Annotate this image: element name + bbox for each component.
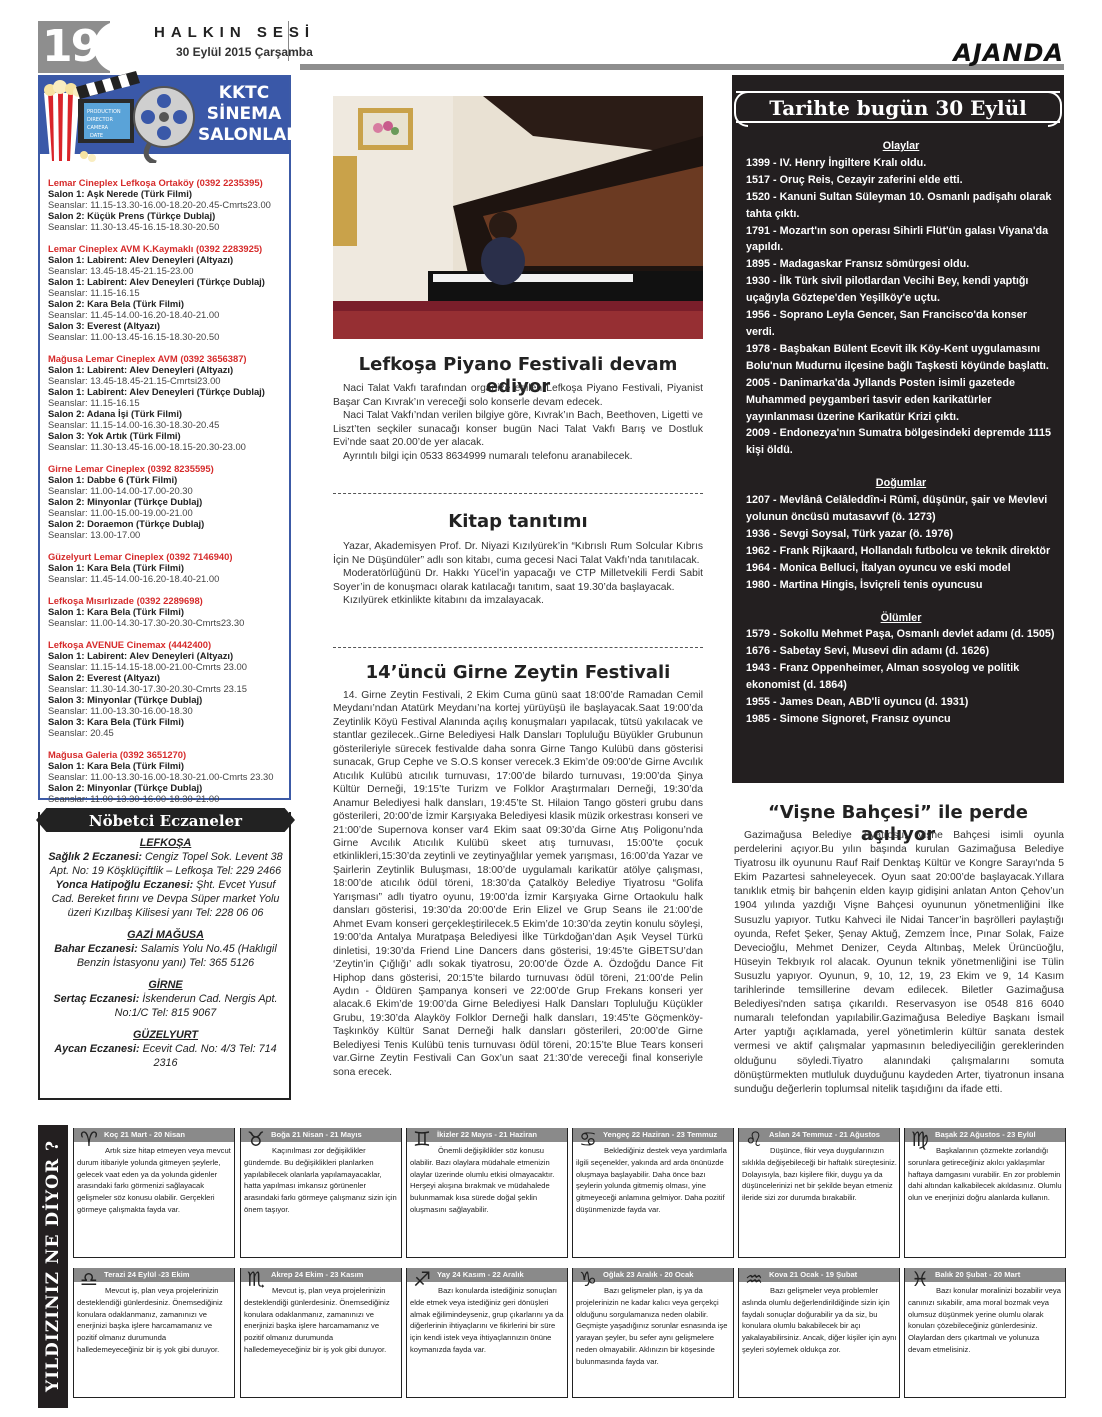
- venue-name: Mağusa Lemar Cineplex AVM (0392 3656387): [48, 353, 288, 364]
- showtimes: Seanslar: 11.30-14.30-17.30-20.30-Cmrts …: [48, 683, 288, 694]
- horoscope-card-virgo: Başak 22 Ağustos - 23 Eylül♍Başkalarının…: [904, 1128, 1066, 1258]
- history-item: 2005 - Danimarka'da Jyllands Posten isim…: [746, 375, 1056, 426]
- popcorn-film-reel-icon: PRODUCTION DIRECTOR CAMERA DATE: [40, 63, 200, 163]
- salon-title: Salon 2: Minyonlar (Türkçe Dublaj): [48, 782, 288, 793]
- cinema-venue: Lefkoşa Mısırlızade (0392 2289698)Salon …: [48, 595, 288, 628]
- salon-title: Salon 2: Minyonlar (Türkçe Dublaj): [48, 496, 288, 507]
- history-item: 1930 - İlk Türk sivil pilotlardan Vecihi…: [746, 273, 1056, 307]
- svg-text:CAMERA: CAMERA: [87, 125, 109, 131]
- article-title-book: Kitap tanıtımı: [333, 511, 703, 533]
- horoscope-text: Artık size hitap etmeyen veya mevcut dur…: [77, 1145, 233, 1216]
- pharmacy-name: Aycan Eczanesi:: [54, 1043, 139, 1055]
- horoscope-title: YILDIZINIZ NE DİYOR ?: [43, 1140, 63, 1392]
- salon-title: Salon 2: Doraemon (Türkçe Dublaj): [48, 518, 288, 529]
- issue-date: 30 Eylül 2015 Çarşamba: [176, 45, 313, 59]
- horoscope-text: Bazı gelişmeler veya problemler aslında …: [742, 1285, 898, 1356]
- horoscope-side-banner: YILDIZINIZ NE DİYOR ?: [38, 1125, 68, 1408]
- venue-name: Lefkoşa Mısırlızade (0392 2289698): [48, 595, 288, 606]
- horoscope-text: Mevcut iş, plan veya projelerinizin dest…: [77, 1285, 233, 1356]
- horoscope-card-capricorn: Oğlak 23 Aralık - 20 Ocak♑Bazı gelişmele…: [572, 1268, 734, 1398]
- cinema-venue: Lemar Cineplex AVM K.Kaymaklı (0392 2283…: [48, 243, 288, 342]
- salon-title: Salon 1: Labirent: Alev Deneyleri (Altya…: [48, 254, 288, 265]
- showtimes: Seanslar: 11.15-13.30-16.00-18.20-20.45-…: [48, 199, 288, 210]
- article-body-theatre: Gazimağusa Belediye Tiyatrosu, Vişne Bah…: [734, 829, 1064, 1097]
- pharmacy-address: Ecevit Cad. No: 4/3 Tel: 714 2316: [140, 1043, 277, 1069]
- header-rule: [300, 64, 1064, 70]
- history-item: 1791 - Mozart'ın son operası Sihirli Flü…: [746, 223, 1056, 257]
- salon-title: Salon 3: Everest (Altyazı): [48, 320, 288, 331]
- history-item: 1956 - Soprano Leyla Gencer, San Francis…: [746, 307, 1056, 341]
- pharmacy-city: LEFKOŞA: [44, 836, 287, 850]
- salon-title: Salon 1: Labirent: Alev Deneyleri (Altya…: [48, 650, 288, 661]
- history-banner: Tarihte bugün 30 Eylül: [736, 91, 1060, 123]
- article-body-olive: 14. Girne Zeytin Festivali, 2 Ekim Cuma …: [333, 689, 703, 1079]
- cinema-venue: Mağusa Lemar Cineplex AVM (0392 3656387)…: [48, 353, 288, 452]
- newspaper-name: HALKIN SESİ: [154, 24, 315, 42]
- history-section-heading: Ölümler: [746, 610, 1056, 627]
- showtimes: Seanslar: 13.00-17.00: [48, 529, 288, 540]
- pharmacy-name: Bahar Eczanesi:: [54, 943, 137, 955]
- pharmacy-title: Nöbetci Eczaneler: [40, 809, 291, 833]
- showtimes: Seanslar: 11.30-13.45-16.15-18.30-20.50: [48, 221, 288, 232]
- history-item: 1978 - Başbakan Bülent Ecevit ilk Köy-Ke…: [746, 341, 1056, 375]
- horoscope-card-cancer: Yengeç 22 Haziran - 23 Temmuz♋Beklediğin…: [572, 1128, 734, 1258]
- horoscope-card-gemini: İkizler 22 Mayıs - 21 Haziran♊Önemli değ…: [406, 1128, 568, 1258]
- salon-title: Salon 3: Yok Artık (Türk Filmi): [48, 430, 288, 441]
- showtimes: Seanslar: 13.45-18.45-21.15-23.00: [48, 265, 288, 276]
- history-section-heading: Doğumlar: [746, 475, 1056, 492]
- showtimes: Seanslar: 11.00-14.00-17.00-20.30: [48, 485, 288, 496]
- horoscope-text: Bazı konular moralinizi bozabilir veya c…: [908, 1285, 1064, 1356]
- venue-name: Lemar Cineplex AVM K.Kaymaklı (0392 2283…: [48, 243, 288, 254]
- cinema-venue: Lefkoşa AVENUE Cinemax (4442400)Salon 1:…: [48, 639, 288, 738]
- horoscope-text: Başkalarının çözmekte zorlandığı sorunla…: [908, 1145, 1064, 1204]
- showtimes: Seanslar: 11.15-16.15: [48, 287, 288, 298]
- salon-title: Salon 2: Adana İşi (Türk Filmi): [48, 408, 288, 419]
- dashed-divider: [333, 647, 703, 648]
- horoscope-text: Düşünce, fikir veya duygularınızın sıklı…: [742, 1145, 898, 1204]
- article-body-piano: Naci Talat Vakfı tarafından organize edi…: [333, 382, 703, 463]
- horoscope-card-aries: Koç 21 Mart - 20 Nisan♈Artık size hitap …: [73, 1128, 235, 1258]
- pharmacy-entry: Yonca Hatipoğlu Eczanesi: Şht. Evcet Yus…: [44, 878, 287, 920]
- pharmacy-entry: Bahar Eczanesi: Salamis Yolu No.45 (Hakl…: [44, 942, 287, 970]
- history-item: 1964 - Monica Belluci, İtalyan oyuncu ve…: [746, 560, 1056, 577]
- piano-photo-image: [333, 96, 703, 339]
- showtimes: Seanslar: 11.00-13.30-16.00-18.30: [48, 705, 288, 716]
- showtimes: Seanslar: 11.15-16.15: [48, 397, 288, 408]
- history-list: Olaylar1399 - IV. Henry İngiltere Kralı …: [746, 138, 1056, 728]
- history-item: 1936 - Sevgi Soysal, Türk yazar (ö. 1976…: [746, 526, 1056, 543]
- article-body-book: Yazar, Akademisyen Prof. Dr. Niyazi Kızı…: [333, 540, 703, 608]
- cinema-venue: Girne Lemar Cineplex (0392 8235595)Salon…: [48, 463, 288, 540]
- venue-name: Güzelyurt Lemar Cineplex (0392 7146940): [48, 551, 288, 562]
- salon-title: Salon 3: Minyonlar (Türkçe Dublaj): [48, 694, 288, 705]
- salon-title: Salon 2: Küçük Prens (Türkçe Dublaj): [48, 210, 288, 221]
- pharmacy-list: LEFKOŞASağlık 2 Eczanesi: Cengiz Topel S…: [44, 836, 287, 1070]
- horoscope-text: Beklediğiniz destek veya yardımlarla ilg…: [576, 1145, 732, 1216]
- salon-title: Salon 2: Kara Bela (Türk Filmi): [48, 298, 288, 309]
- cinema-heading: KKTC SİNEMA SALONLARI: [198, 83, 290, 146]
- history-item: 1895 - Madagaskar Fransız sömürgesi oldu…: [746, 256, 1056, 273]
- history-item: 1980 - Martina Hingis, İsviçreli tenis o…: [746, 577, 1056, 594]
- history-section-heading: Olaylar: [746, 138, 1056, 155]
- pharmacy-name: Sertaç Eczanesi:: [53, 993, 139, 1005]
- horoscope-text: Bazı konularda istediğiniz sonuçları eld…: [410, 1285, 566, 1356]
- showtimes: Seanslar: 11.00-15.00-19.00-21.00: [48, 507, 288, 518]
- venue-name: Girne Lemar Cineplex (0392 8235595): [48, 463, 288, 474]
- cinema-venue-list: Lemar Cineplex Lefkoşa Ortaköy (0392 223…: [48, 177, 288, 815]
- pianist-photo: [333, 96, 703, 339]
- salon-title: Salon 1: Dabbe 6 (Türk Filmi): [48, 474, 288, 485]
- section-title: AJANDA: [953, 40, 1064, 66]
- history-title: Tarihte bugün 30 Eylül: [736, 96, 1060, 120]
- article-title-olive: 14’üncü Girne Zeytin Festivali: [333, 662, 703, 684]
- horoscope-text: Kaçınılması zor değişiklikler gündemde. …: [244, 1145, 400, 1216]
- pharmacy-name: Yonca Hatipoğlu Eczanesi:: [56, 879, 194, 891]
- history-item: 1579 - Sokollu Mehmet Paşa, Osmanlı devl…: [746, 626, 1056, 643]
- horoscope-card-sagittarius: Yay 24 Kasım - 22 Aralık♐Bazı konularda …: [406, 1268, 568, 1398]
- cinema-listings: PRODUCTION DIRECTOR CAMERA DATE KKTC SİN…: [38, 75, 291, 800]
- cinema-venue: Lemar Cineplex Lefkoşa Ortaköy (0392 223…: [48, 177, 288, 232]
- showtimes: Seanslar: 11.45-14.00-16.20-18.40-21.00: [48, 573, 288, 584]
- pharmacy-address: İskenderun Cad. Nergis Apt. No:1/C Tel: …: [115, 993, 278, 1019]
- svg-text:PRODUCTION: PRODUCTION: [87, 109, 121, 115]
- pharmacy-entry: Sağlık 2 Eczanesi: Cengiz Topel Sok. Lev…: [44, 850, 287, 878]
- pharmacy-entry: Sertaç Eczanesi: İskenderun Cad. Nergis …: [44, 992, 287, 1020]
- pharmacy-box: Nöbetci Eczaneler LEFKOŞASağlık 2 Eczane…: [38, 812, 291, 1100]
- cinema-venue: Mağusa Galeria (0392 3651270)Salon 1: Ka…: [48, 749, 288, 804]
- history-item: 1962 - Frank Rijkaard, Hollandalı futbol…: [746, 543, 1056, 560]
- svg-text:DIRECTOR: DIRECTOR: [87, 117, 113, 123]
- history-item: 2009 - Endonezya'nın Sumatra bölgesindek…: [746, 425, 1056, 459]
- showtimes: Seanslar: 11.00-13.30-16.00-18.30-21.00-…: [48, 771, 288, 782]
- pharmacy-name: Sağlık 2 Eczanesi:: [48, 851, 142, 863]
- salon-title: Salon 1: Labirent: Alev Deneyleri (Türkç…: [48, 276, 288, 287]
- venue-name: Lefkoşa AVENUE Cinemax (4442400): [48, 639, 288, 650]
- salon-title: Salon 1: Kara Bela (Türk Filmi): [48, 760, 288, 771]
- pharmacy-entry: Aycan Eczanesi: Ecevit Cad. No: 4/3 Tel:…: [44, 1042, 287, 1070]
- horoscope-card-aquarius: Kova 21 Ocak - 19 Şubat♒Bazı gelişmeler …: [738, 1268, 900, 1398]
- venue-name: Lemar Cineplex Lefkoşa Ortaköy (0392 223…: [48, 177, 288, 188]
- showtimes: Seanslar: 11.00-14.30-17.30-20.30-Cmrts2…: [48, 617, 288, 628]
- history-item: 1943 - Franz Oppenheimer, Alman sosyolog…: [746, 660, 1056, 694]
- salon-title: Salon 1: Kara Bela (Türk Filmi): [48, 562, 288, 573]
- salon-title: Salon 3: Kara Bela (Türk Filmi): [48, 716, 288, 727]
- pharmacy-city: GAZİ MAĞUSA: [44, 928, 287, 942]
- horoscope-text: Önemli değişiklikler söz konusu olabilir…: [410, 1145, 566, 1216]
- showtimes: Seanslar: 11.45-14.00-16.20-18.40-21.00: [48, 309, 288, 320]
- salon-title: Salon 1: Kara Bela (Türk Filmi): [48, 606, 288, 617]
- horoscope-card-leo: Aslan 24 Temmuz - 21 Ağustos♌Düşünce, fi…: [738, 1128, 900, 1258]
- horoscope-card-scorpio: Akrep 24 Ekim - 23 Kasım♏Mevcut iş, plan…: [240, 1268, 402, 1398]
- history-item: 1520 - Kanuni Sultan Süleyman 10. Osmanl…: [746, 189, 1056, 223]
- salon-title: Salon 2: Everest (Altyazı): [48, 672, 288, 683]
- horoscope-text: Mevcut iş, plan veya projelerinizin dest…: [244, 1285, 400, 1356]
- pharmacy-city: GİRNE: [44, 978, 287, 992]
- history-item: 1399 - IV. Henry İngiltere Kralı oldu.: [746, 155, 1056, 172]
- showtimes: Seanslar: 11.00-13.30-16.00-18.30-21.00: [48, 793, 288, 804]
- divider: [288, 21, 289, 61]
- showtimes: Seanslar: 20.45: [48, 727, 288, 738]
- showtimes: Seanslar: 13.45-18.45-21.15-Cmrtsi23.00: [48, 375, 288, 386]
- showtimes: Seanslar: 11.00-13.45-16.15-18.30-20.50: [48, 331, 288, 342]
- showtimes: Seanslar: 11.15-14.00-16.30-18.30-20.45: [48, 419, 288, 430]
- salon-title: Salon 1: Aşk Nerede (Türk Filmi): [48, 188, 288, 199]
- pharmacy-city: GÜZELYURT: [44, 1028, 287, 1042]
- history-item: 1207 - Mevlânâ Celâleddîn-i Rûmî, düşünü…: [746, 492, 1056, 526]
- svg-text:DATE: DATE: [90, 133, 103, 139]
- horoscope-text: Bazı gelişmeler plan, iş ya da projeleri…: [576, 1285, 732, 1368]
- showtimes: Seanslar: 11.30-13.45-16.00-18.15-20.30-…: [48, 441, 288, 452]
- history-item: 1517 - Oruç Reis, Cezayir zaferini elde …: [746, 172, 1056, 189]
- dashed-divider: [333, 493, 703, 494]
- horoscope-card-taurus: Boğa 21 Nisan - 21 Mayıs♉Kaçınılması zor…: [240, 1128, 402, 1258]
- cinema-banner: PRODUCTION DIRECTOR CAMERA DATE KKTC SİN…: [40, 77, 289, 154]
- horoscope-card-pisces: Balık 20 Şubat - 20 Mart♓Bazı konular mo…: [904, 1268, 1066, 1398]
- history-panel: Tarihte bugün 30 Eylül Olaylar1399 - IV.…: [732, 75, 1064, 783]
- history-item: 1955 - James Dean, ABD'li oyuncu (d. 193…: [746, 694, 1056, 711]
- salon-title: Salon 1: Labirent: Alev Deneyleri (Altya…: [48, 364, 288, 375]
- horoscope-card-libra: Terazi 24 Eylül -23 Ekim♎Mevcut iş, plan…: [73, 1268, 235, 1398]
- history-item: 1676 - Sabetay Sevi, Musevi din adamı (d…: [746, 643, 1056, 660]
- history-item: 1985 - Simone Signoret, Fransız oyuncu: [746, 711, 1056, 728]
- venue-name: Mağusa Galeria (0392 3651270): [48, 749, 288, 760]
- cinema-venue: Güzelyurt Lemar Cineplex (0392 7146940)S…: [48, 551, 288, 584]
- showtimes: Seanslar: 11.15-14.15-18.00-21.00-Cmrts …: [48, 661, 288, 672]
- salon-title: Salon 1: Labirent: Alev Deneyleri (Türkç…: [48, 386, 288, 397]
